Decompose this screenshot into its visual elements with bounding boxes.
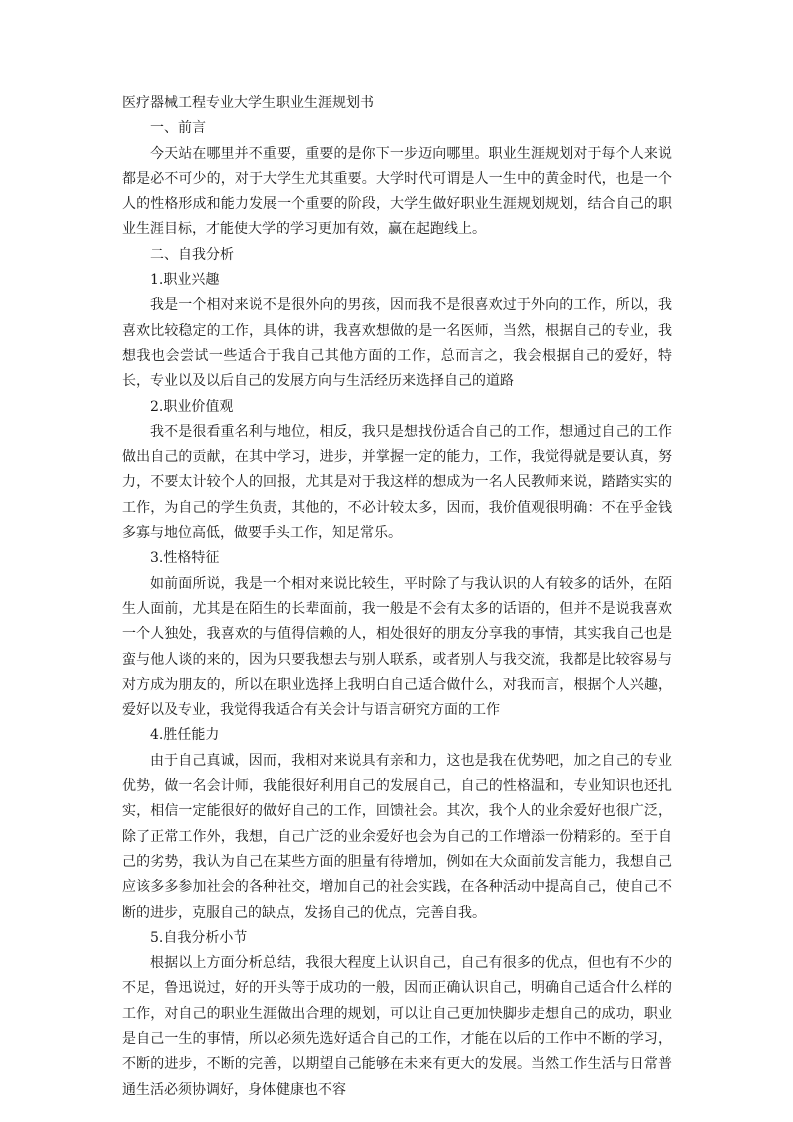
- paragraph-career-interest: 我是一个相对来说不是很外向的男孩，因而我不是很喜欢过于外向的工作，所以，我喜欢比…: [122, 293, 672, 394]
- subheading-self-analysis-summary: 5.自我分析小节: [122, 926, 672, 951]
- section-heading-self-analysis: 二、自我分析: [122, 243, 672, 268]
- subheading-personality: 3.性格特征: [122, 546, 672, 571]
- subheading-career-values: 2.职业价值观: [122, 395, 672, 420]
- paragraph-self-analysis-summary: 根据以上方面分析总结，我很大程度上认识自己，自己有很多的优点，但也有不少的不足，…: [122, 951, 672, 1103]
- paragraph-career-values: 我不是很看重名利与地位，相反，我只是想找份适合自己的工作，想通过自己的工作做出自…: [122, 420, 672, 546]
- subheading-competence: 4.胜任能力: [122, 723, 672, 748]
- paragraph-preface: 今天站在哪里并不重要，重要的是你下一步迈向哪里。职业生涯规划对于每个人来说都是必…: [122, 142, 672, 243]
- paragraph-competence: 由于自己真诚，因而，我相对来说具有亲和力，这也是我在优势吧，加之自己的专业优势，…: [122, 749, 672, 926]
- document-page: 医疗器械工程专业大学生职业生涯规划书 一、前言 今天站在哪里并不重要，重要的是你…: [122, 91, 672, 1103]
- paragraph-personality: 如前面所说，我是一个相对来说比较生，平时除了与我认识的人有较多的话外，在陌生人面…: [122, 572, 672, 724]
- subheading-career-interest: 1.职业兴趣: [122, 268, 672, 293]
- section-heading-preface: 一、前言: [122, 116, 672, 141]
- document-title: 医疗器械工程专业大学生职业生涯规划书: [122, 91, 672, 116]
